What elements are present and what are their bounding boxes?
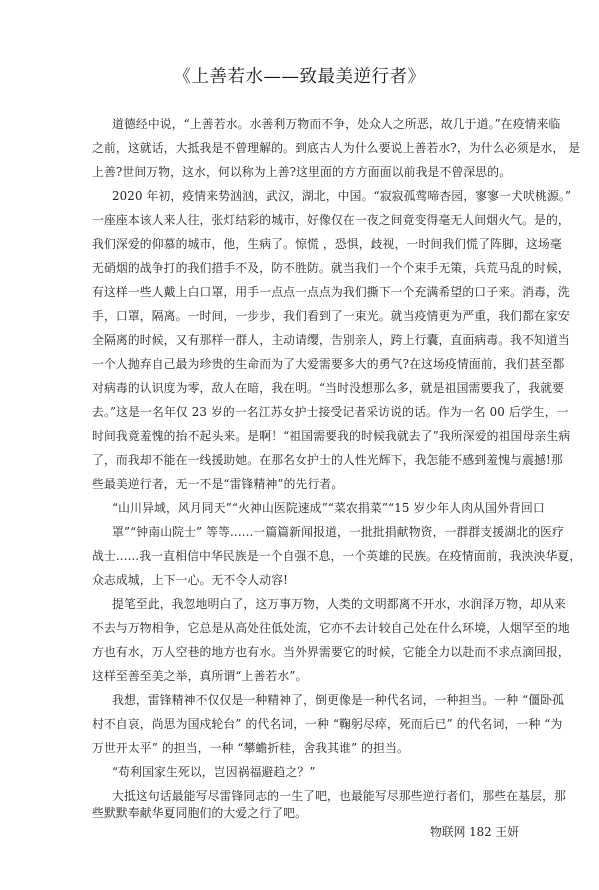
paragraph-line: 不去与万物相争，它总是从高处往低处流，它亦不去计较自己处在什么环境，人烟罕至的地	[92, 621, 517, 635]
paragraph-line: 我想，雷锋精神不仅仅是一种精神了，倒更像是一种代名词，一种担当。一种 “僵卧孤	[112, 693, 517, 707]
paragraph-line: 道德经中说，“上善若水。水善利万物而不争，处众人之所恶，故几于道。”在疫情来临	[112, 117, 517, 131]
document-title: 《上善若水——致最美逆行者》	[0, 63, 599, 88]
paragraph-line: 2020 年初，疫情来势汹汹，武汉，湖北，中国。“寂寂孤莺啼杏园，寥寥一犬吠桃源…	[112, 189, 517, 203]
paragraph-line: 提笔至此，我忽地明白了，这万事万物，人类的文明都离不开水，水润泽万物，却从来	[112, 597, 517, 611]
paragraph-line: “山川异域，风月同天”“火神山医院速成”“菜农捐菜”“15 岁少年人肉从国外背回…	[112, 501, 517, 515]
paragraph-line: “苟利国家生死以，岂因祸福避趋之？”	[112, 765, 517, 779]
paragraph-line: 一座座本该人来人往，张灯结彩的城市，好像仅在一夜之间竟变得毫无人间烟火气。是的，	[92, 213, 517, 227]
paragraph-line: 手，口罩，隔离。一时间，一步步，我们看到了一束光。就当疫情更为严重，我们都在家安	[92, 309, 517, 323]
paragraph-line: 去。”这是一名年仅 23 岁的一名江苏女护士接受记者采访说的话。作为一名 00 …	[92, 405, 517, 419]
paragraph-line: 这样至善至美之举，真所谓“上善若水”。	[92, 669, 517, 683]
paragraph-line: 对病毒的认识度为零，敌人在暗，我在明。“当时没想那么多，就是祖国需要我了，我就要	[92, 381, 517, 395]
paragraph-line: 一个人抛弃自己最为珍贵的生命而为了大爱需要多大的勇气?在这场疫情面前，我们甚至都	[92, 357, 517, 371]
document-page: 《上善若水——致最美逆行者》 道德经中说，“上善若水。水善利万物而不争，处众人之…	[0, 0, 599, 890]
paragraph-line: 众志成城，上下一心。无不令人动容!	[92, 573, 517, 587]
paragraph-line: 方也有水，万人空巷的地方也有水。当外界需要它的时候，它能全力以赴而不求点滴回报，	[92, 645, 517, 659]
paragraph-line: 有这样一些人戴上白口罩，用手一点点一点点为我们撕下一个充满希望的口子来。消毒，洗	[92, 285, 517, 299]
author-signature: 物联网 182 王妍	[430, 823, 519, 840]
paragraph-line: 万世开太平” 的担当，一种 “攀蟾折桂，舍我其谁” 的担当。	[92, 741, 517, 755]
paragraph-line: 些默默奉献华夏同胞们的大爱之行了吧。	[92, 806, 517, 820]
paragraph-line: 我们深爱的仰慕的城市，他，生病了。惊慌 ，恐惧，歧视，一时间我们慌了阵脚，这场毫	[92, 237, 517, 251]
paragraph-line: 战士......我一直相信中华民族是一个自强不息，一个英雄的民族。在疫情面前，我…	[92, 549, 517, 563]
paragraph-line: 罩”“钟南山院士” 等等......一篇篇新闻报道，一批批捐献物资，一群群支援湖…	[112, 525, 517, 539]
paragraph-line: 之前，这就话，大抵我是不曾理解的。到底古人为什么要说上善若水?，为什么必须是水，…	[92, 141, 517, 155]
paragraph-line: 了，而我却不能在一线援助她。在那名女护士的人性光辉下，我怎能不感到羞愧与震撼!那	[92, 453, 517, 467]
paragraph-line: 上善?世间万物，这水，何以称为上善?这里面的方方面面以前我是不曾深思的。	[92, 165, 517, 179]
paragraph-line: 大抵这句话最能写尽雷锋同志的一生了吧，也最能写尽那些逆行者们，那些在基层，那	[112, 789, 517, 803]
paragraph-line: 时间我竟羞愧的抬不起头来。是啊！“祖国需要我的时候我就去了”我所深爱的祖国母亲生…	[92, 429, 517, 443]
paragraph-line: 些最美逆行者，无一不是“雷锋精神”的先行者。	[92, 477, 517, 491]
paragraph-line: 无硝烟的战争打的我们措手不及，防不胜防。就当我们一个个束手无策，兵荒马乱的时候，	[92, 261, 517, 275]
paragraph-line: 村不自哀，尚思为国戍轮台” 的代名词，一种 “鞠躬尽瘁，死而后已” 的代名词，一…	[92, 717, 517, 731]
paragraph-line: 全隔离的时候，又有那样一群人，主动请缨，告别亲人，跨上行囊，直面病毒。我不知道当	[92, 333, 517, 347]
